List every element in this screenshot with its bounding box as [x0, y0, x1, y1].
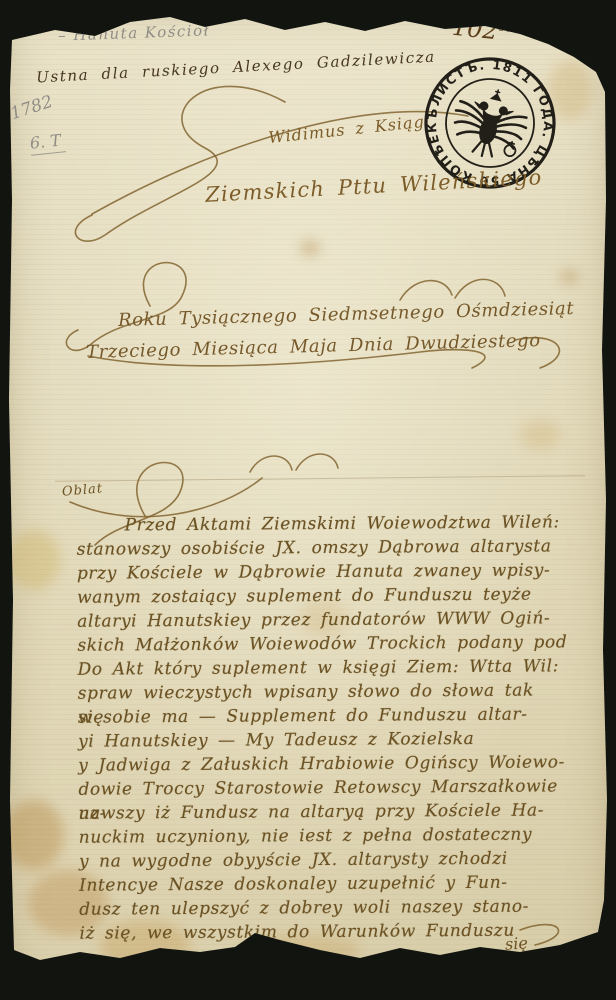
- body-line: Intencye Nasze doskonaley uzupełnić y Fu…: [79, 870, 571, 897]
- body-line: przy Kościele w Dąbrowie Hanuta zwaney w…: [77, 558, 569, 585]
- body-line: dusz ten ulepszyć z dobrey woli naszey s…: [79, 894, 571, 921]
- body-line: w sobie ma — Supplement do Funduszu alta…: [78, 702, 570, 729]
- paper-sheet: – Hanuta Kościoł Ustna dla ruskiego Alex…: [0, 0, 616, 1000]
- body-line: y na wygodne obyyście JX. altarysty zcho…: [79, 846, 571, 873]
- imperial-eagle-icon: [447, 81, 533, 164]
- body-line: dowie Troccy Starostowie Retowscy Marsza…: [78, 774, 570, 801]
- folio-number-value: 102: [451, 13, 499, 46]
- body-line: wanym zostaiący suplement do Funduszu te…: [77, 582, 569, 609]
- scan-background: – Hanuta Kościoł Ustna dla ruskiego Alex…: [0, 0, 616, 1000]
- body-line: altaryi Hanutskiey przez fundatorów WWW …: [77, 606, 569, 633]
- body-text: Przed Aktami Ziemskimi Woiewodztwa Wileń…: [76, 510, 571, 945]
- body-line: iż się, we wszystkim do Warunków Fundusz…: [79, 918, 571, 945]
- pencil-index-note: 6. T: [29, 130, 66, 156]
- body-line: Do Akt który suplement w księgi Ziem: Wt…: [78, 654, 570, 681]
- orb-icon: [503, 141, 517, 158]
- folio-suffix: об.: [498, 19, 518, 35]
- body-line: nawszy iż Fundusz na altaryą przy Koście…: [79, 798, 571, 825]
- body-line: spraw wieczystych wpisany słowo do słowa…: [78, 678, 570, 705]
- catchword: się: [504, 933, 528, 954]
- body-line: yi Hanutskiey — My Tadeusz z Kozielska: [78, 726, 570, 753]
- body-line: nuckim uczyniony, nie iest z pełna dosta…: [79, 822, 571, 849]
- body-line: y Jadwiga z Załuskich Hrabiowie Ogińscy …: [78, 750, 570, 777]
- body-line: skich Małżonków Woiewodów Trockich podan…: [77, 630, 569, 657]
- body-line: Przed Aktami Ziemskimi Woiewodztwa Wileń…: [76, 510, 568, 537]
- body-line: stanowszy osobiście JX. omszy Dąbrowa al…: [77, 534, 569, 561]
- crown-icon: [491, 89, 503, 101]
